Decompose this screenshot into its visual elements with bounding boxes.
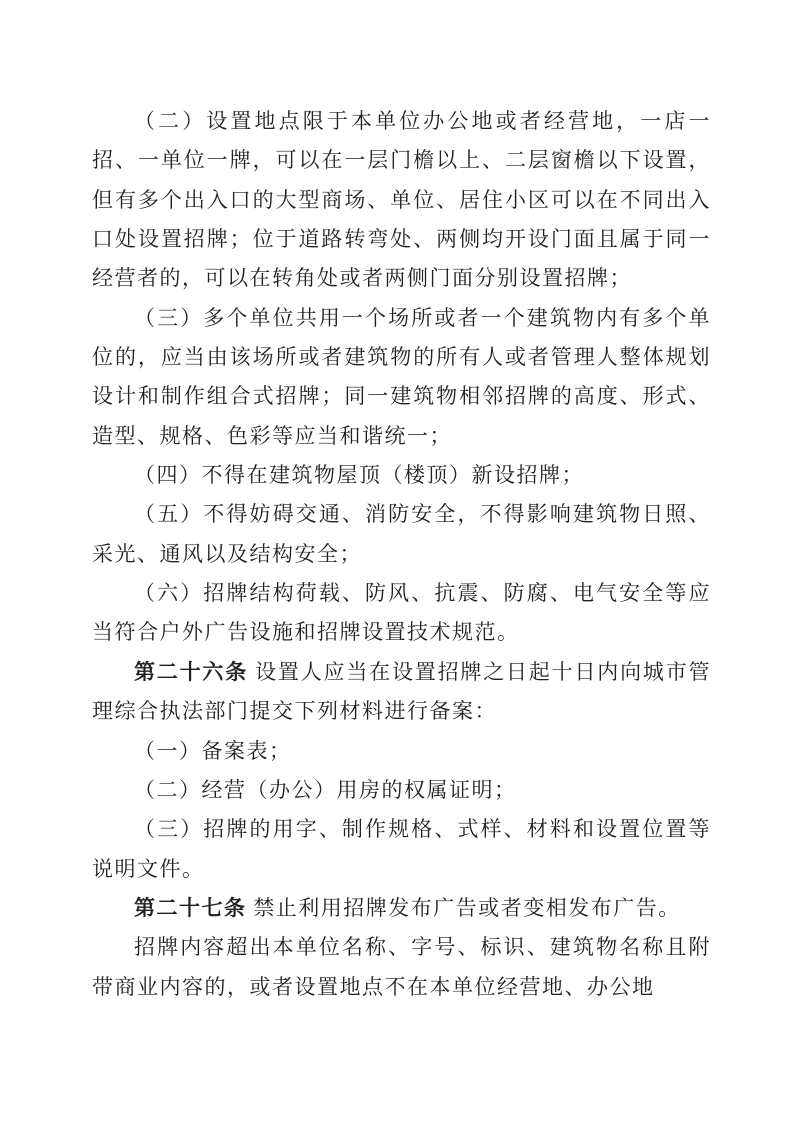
paragraph-text: 禁止利用招牌发布广告或者变相发布广告。 bbox=[247, 896, 681, 920]
paragraph-text: （四）不得在建筑物屋顶（楼顶）新设招牌； bbox=[134, 463, 584, 487]
document-paragraph: （三）招牌的用字、制作规格、式样、材料和设置位置等说明文件。 bbox=[92, 810, 711, 889]
article-number: 第二十六条 bbox=[134, 660, 248, 684]
paragraph-text: 招牌内容超出本单位名称、字号、标识、建筑物名称且附带商业内容的，或者设置地点不在… bbox=[92, 935, 711, 998]
document-paragraph-article-27: 第二十七条 禁止利用招牌发布广告或者变相发布广告。 bbox=[92, 889, 711, 928]
document-paragraph: （二）经营（办公）用房的权属证明； bbox=[92, 771, 711, 810]
document-paragraph-article-26: 第二十六条 设置人应当在设置招牌之日起十日内向城市管理综合执法部门提交下列材料进… bbox=[92, 653, 711, 732]
document-paragraph: （六）招牌结构荷载、防风、抗震、防腐、电气安全等应当符合户外广告设施和招牌设置技… bbox=[92, 574, 711, 653]
paragraph-text: （五）不得妨碍交通、消防安全，不得影响建筑物日照、采光、通风以及结构安全； bbox=[92, 502, 711, 565]
document-paragraph: （二）设置地点限于本单位办公地或者经营地，一店一招、一单位一牌，可以在一层门檐以… bbox=[92, 102, 711, 299]
paragraph-text: （二）设置地点限于本单位办公地或者经营地，一店一招、一单位一牌，可以在一层门檐以… bbox=[92, 109, 711, 290]
document-paragraph: （五）不得妨碍交通、消防安全，不得影响建筑物日照、采光、通风以及结构安全； bbox=[92, 495, 711, 574]
paragraph-text: （一）备案表； bbox=[134, 739, 292, 763]
document-paragraph: 招牌内容超出本单位名称、字号、标识、建筑物名称且附带商业内容的，或者设置地点不在… bbox=[92, 928, 711, 1007]
document-paragraph: （一）备案表； bbox=[92, 732, 711, 771]
document-body: （二）设置地点限于本单位办公地或者经营地，一店一招、一单位一牌，可以在一层门檐以… bbox=[92, 102, 711, 1007]
paragraph-text: （六）招牌结构荷载、防风、抗震、防腐、电气安全等应当符合户外广告设施和招牌设置技… bbox=[92, 581, 711, 644]
article-number: 第二十七条 bbox=[134, 896, 247, 920]
document-paragraph: （四）不得在建筑物屋顶（楼顶）新设招牌； bbox=[92, 456, 711, 495]
paragraph-text: （三）招牌的用字、制作规格、式样、材料和设置位置等说明文件。 bbox=[92, 817, 711, 880]
document-paragraph: （三）多个单位共用一个场所或者一个建筑物内有多个单位的，应当由该场所或者建筑物的… bbox=[92, 299, 711, 456]
paragraph-text: （二）经营（办公）用房的权属证明； bbox=[134, 778, 517, 802]
paragraph-text: （三）多个单位共用一个场所或者一个建筑物内有多个单位的，应当由该场所或者建筑物的… bbox=[92, 306, 711, 448]
document-page: （二）设置地点限于本单位办公地或者经营地，一店一招、一单位一牌，可以在一层门檐以… bbox=[0, 0, 800, 1131]
